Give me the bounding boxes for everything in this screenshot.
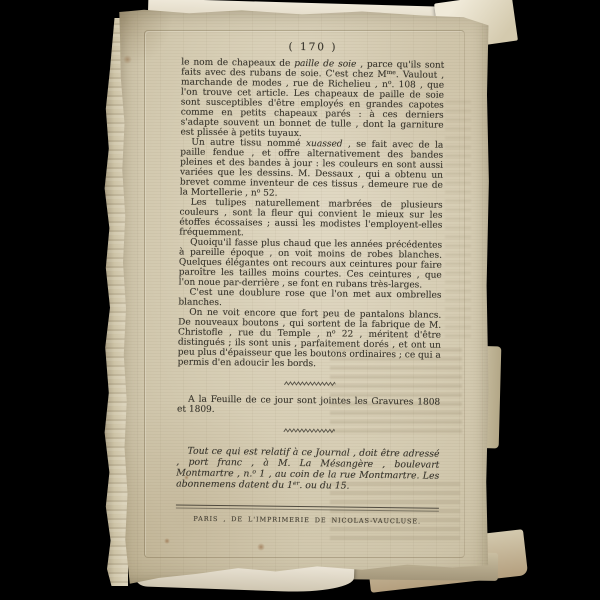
paragraph-tissu-xuassed: Un autre tissu nommé xuassed , se fait a… <box>180 138 444 201</box>
printed-text-block: ( 170 ) le nom de chapeaux de paille de … <box>107 6 490 589</box>
paragraph-chapeaux: le nom de chapeaux de paille de soie , p… <box>180 58 444 141</box>
photograph-of-journal-page: ( 170 ) le nom de chapeaux de paille de … <box>0 0 600 600</box>
squiggle-divider <box>280 428 336 434</box>
subscription-notice: Tout ce qui est relatif à ce Journal , d… <box>176 446 440 493</box>
squiggle-divider <box>281 381 337 387</box>
journal-page: ( 170 ) le nom de chapeaux de paille de … <box>114 8 490 586</box>
paragraph-robes-blanches: Quoiqu'il fasse plus chaud que les année… <box>179 238 443 291</box>
printer-imprint: PARIS , DE L'IMPRIMERIE DE NICOLAS-VAUCL… <box>176 513 439 526</box>
gravures-announcement: A la Feuille de ce jour sont jointes les… <box>177 395 440 418</box>
paragraph-boutons: On ne voit encore que fort peu de pantal… <box>178 308 442 371</box>
paragraph-tulipes: Les tulipes naturellement marbrées de pl… <box>179 198 442 241</box>
double-rule <box>176 504 439 511</box>
page-number: ( 170 ) <box>181 41 444 54</box>
